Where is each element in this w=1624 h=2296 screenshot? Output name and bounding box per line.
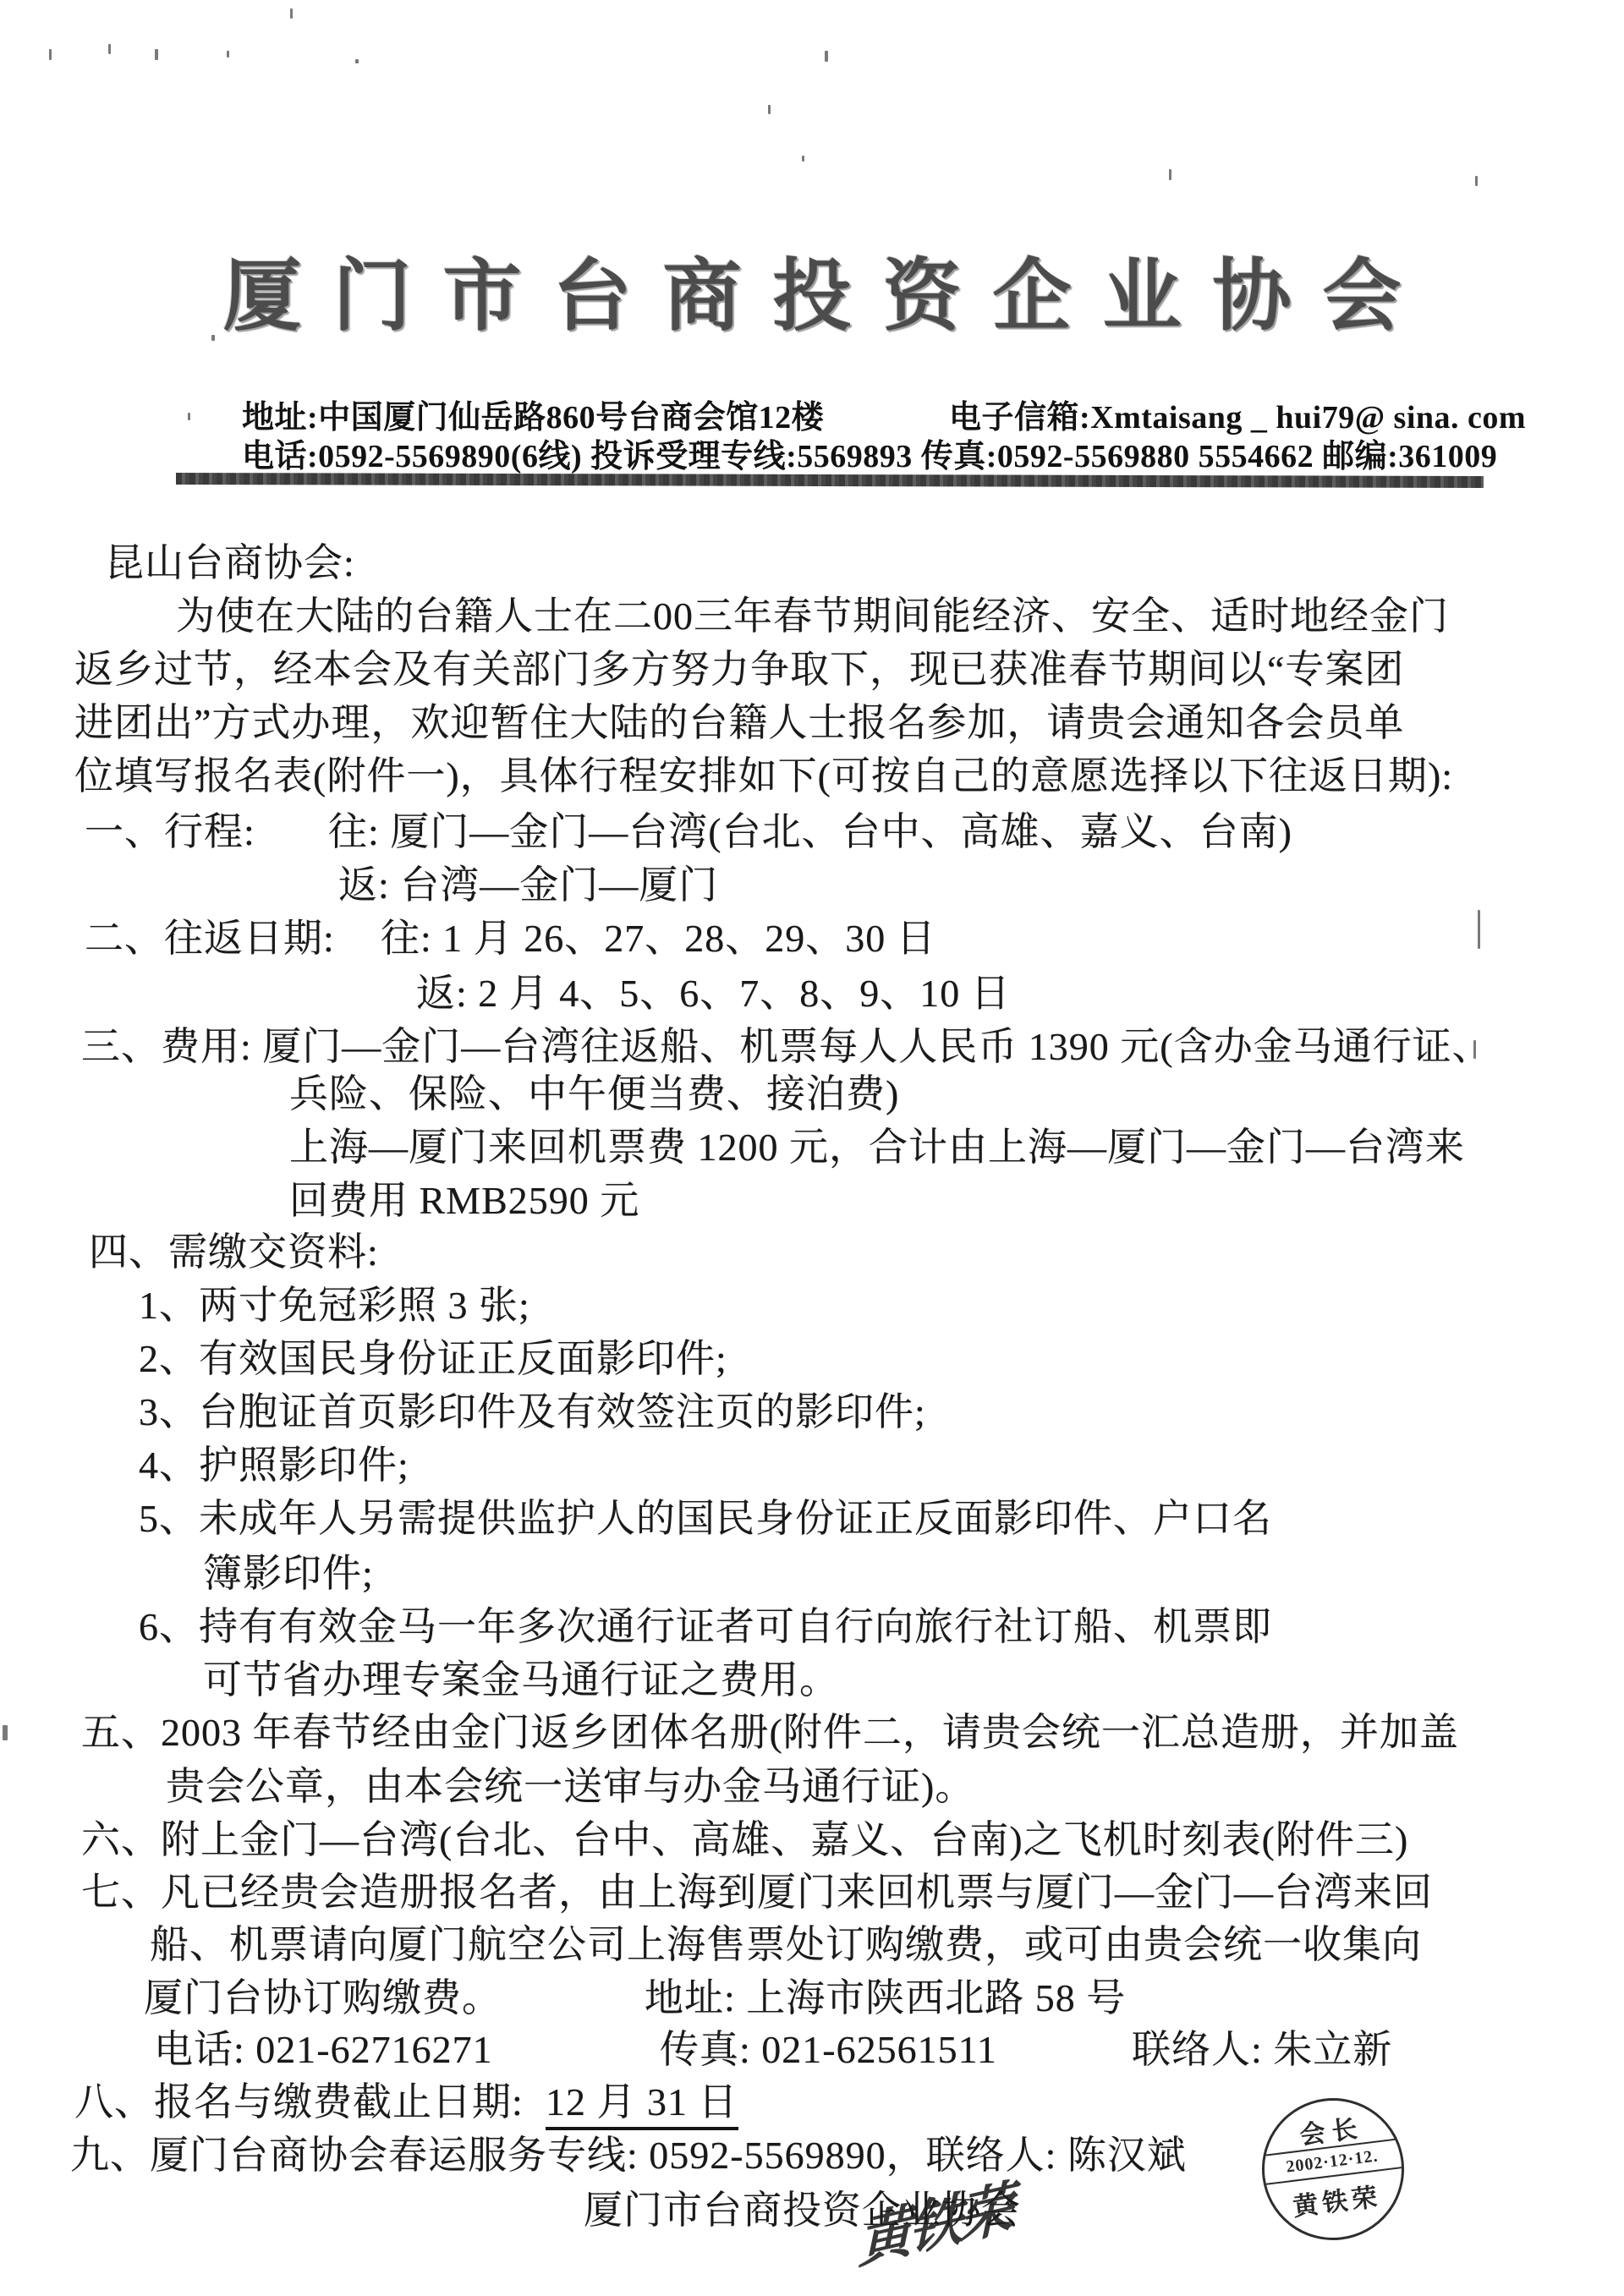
scan-speckle [1169, 169, 1171, 180]
text-run: 12 月 31 日 [546, 2080, 738, 2130]
text-run: 6、持有有效金马一年多次通行证者可自行向旅行社订船、机票即 [139, 1605, 1272, 1649]
text-run: 九、厦门台商协会春运服务专线: 0592-5569890，联络人: 陈汉斌 [70, 2134, 1187, 2178]
text-run: 昆山台商协会: [105, 541, 355, 585]
header-phone-line: 电话:0592-5569890(6线) 投诉受理专线:5569893 传真:05… [242, 430, 1497, 476]
text-run: 联络人: 朱立新 [1132, 2028, 1392, 2072]
scan-speckle [802, 156, 804, 162]
text-run: 返: 2 月 4、5、6、7、8、9、10 日 [416, 972, 1011, 1016]
text-run: 七、凡已经贵会造册报名者，由上海到厦门来回机票与厦门—金门—台湾来回 [81, 1871, 1433, 1915]
text-run: 四、需缴交资料: [89, 1230, 379, 1274]
text-run: 位填写报名表(附件一)，具体行程安排如下(可按自己的意愿选择以下往返日期): [74, 754, 1453, 798]
scan-speckle [108, 44, 111, 54]
text-run: 1、两寸免冠彩照 3 张; [139, 1284, 530, 1328]
text-run: 一、行程: [85, 810, 255, 854]
org-title: 厦门市台商投资企业协会 [0, 255, 1624, 340]
text-run: 六、附上金门—台湾(台北、台中、高雄、嘉义、台南)之飞机时刻表(附件三) [81, 1818, 1408, 1862]
text-run: 兵险、保险、中午便当费、接泊费) [289, 1072, 899, 1116]
scan-speckle [1473, 1040, 1476, 1059]
text-run: 往: 1 月 26、27、28、29、30 日 [381, 917, 936, 961]
scan-speckle [355, 59, 359, 63]
text-run: 厦门台协订购缴费。 [144, 1976, 502, 2020]
text-run: 五、2003 年春节经由金门返乡团体名册(附件二，请贵会统一汇总造册，并加盖 [81, 1711, 1459, 1755]
text-run: 往: 厦门—金门—台湾(台北、台中、高雄、嘉义、台南) [328, 810, 1292, 854]
text-run: 进团出”方式办理，欢迎暂住大陆的台籍人士报名参加，请贵会通知各会员单 [74, 701, 1404, 745]
scan-speckle [155, 49, 158, 60]
text-run: 回费用 RMB2590 元 [289, 1179, 639, 1223]
text-run: 船、机票请向厦门航空公司上海售票处订购缴费，或可由贵会统一收集向 [150, 1923, 1422, 1967]
text-run: 4、护照影印件; [139, 1444, 409, 1488]
text-run: 电话: 021-62716271 [154, 2028, 493, 2072]
scan-speckle [290, 8, 293, 19]
text-run: 2、有效国民身份证正反面影印件; [139, 1337, 727, 1381]
scan-speckle [1475, 176, 1478, 186]
text-run: 三、费用: 厦门—金门—台湾往返船、机票每人人民币 1390 元(含办金马通行证… [81, 1025, 1492, 1069]
letterhead-divider [176, 473, 1484, 488]
seal-name: 黄铁荣 [1291, 2175, 1384, 2222]
text-run: 返乡过节，经本会及有关部门多方努力争取下，现已获准春节期间以“专案团 [74, 648, 1404, 692]
scan-speckle [49, 49, 52, 60]
text-run: 为使在大陆的台籍人士在二00三年春节期间能经济、安全、适时地经金门 [176, 595, 1449, 638]
text-run: 返: 台湾—金门—厦门 [338, 863, 718, 907]
text-run: 簿影印件; [203, 1552, 374, 1596]
text-run: 传真: 021-62561511 [660, 2028, 997, 2072]
scan-speckle [825, 51, 828, 62]
text-run: 地址: 上海市陕西北路 58 号 [645, 1976, 1126, 2020]
text-run: 贵会公章，由本会统一送审与办金马通行证)。 [166, 1765, 974, 1809]
text-run: 二、往返日期: [85, 917, 345, 961]
signature-handwriting: 黄铁荣 [857, 2162, 1009, 2278]
text-run: 3、台胞证首页影印件及有效签注页的影印件; [139, 1390, 926, 1434]
scan-speckle [1478, 910, 1480, 949]
text-run: 上海—厦门来回机票费 1200 元，合计由上海—厦门—金门—台湾来 [289, 1126, 1465, 1170]
scan-speckle [768, 105, 771, 114]
president-seal: 会长 2002·12·12. 黄铁荣 [1254, 2090, 1412, 2248]
scan-speckle [211, 335, 215, 341]
scan-speckle [188, 413, 190, 420]
text-run: 5、未成年人另需提供监护人的国民身份证正反面影印件、户口名 [139, 1497, 1272, 1541]
scan-speckle [227, 51, 229, 58]
scan-speckle [3, 1725, 8, 1740]
text-run: 八、报名与缴费截止日期: [74, 2080, 534, 2124]
text-run: 可节省办理专案金马通行证之费用。 [203, 1658, 839, 1702]
scanned-letter-page: 厦门市台商投资企业协会 地址:中国厦门仙岳路860号台商会馆12楼 电子信箱:X… [0, 0, 1624, 2296]
